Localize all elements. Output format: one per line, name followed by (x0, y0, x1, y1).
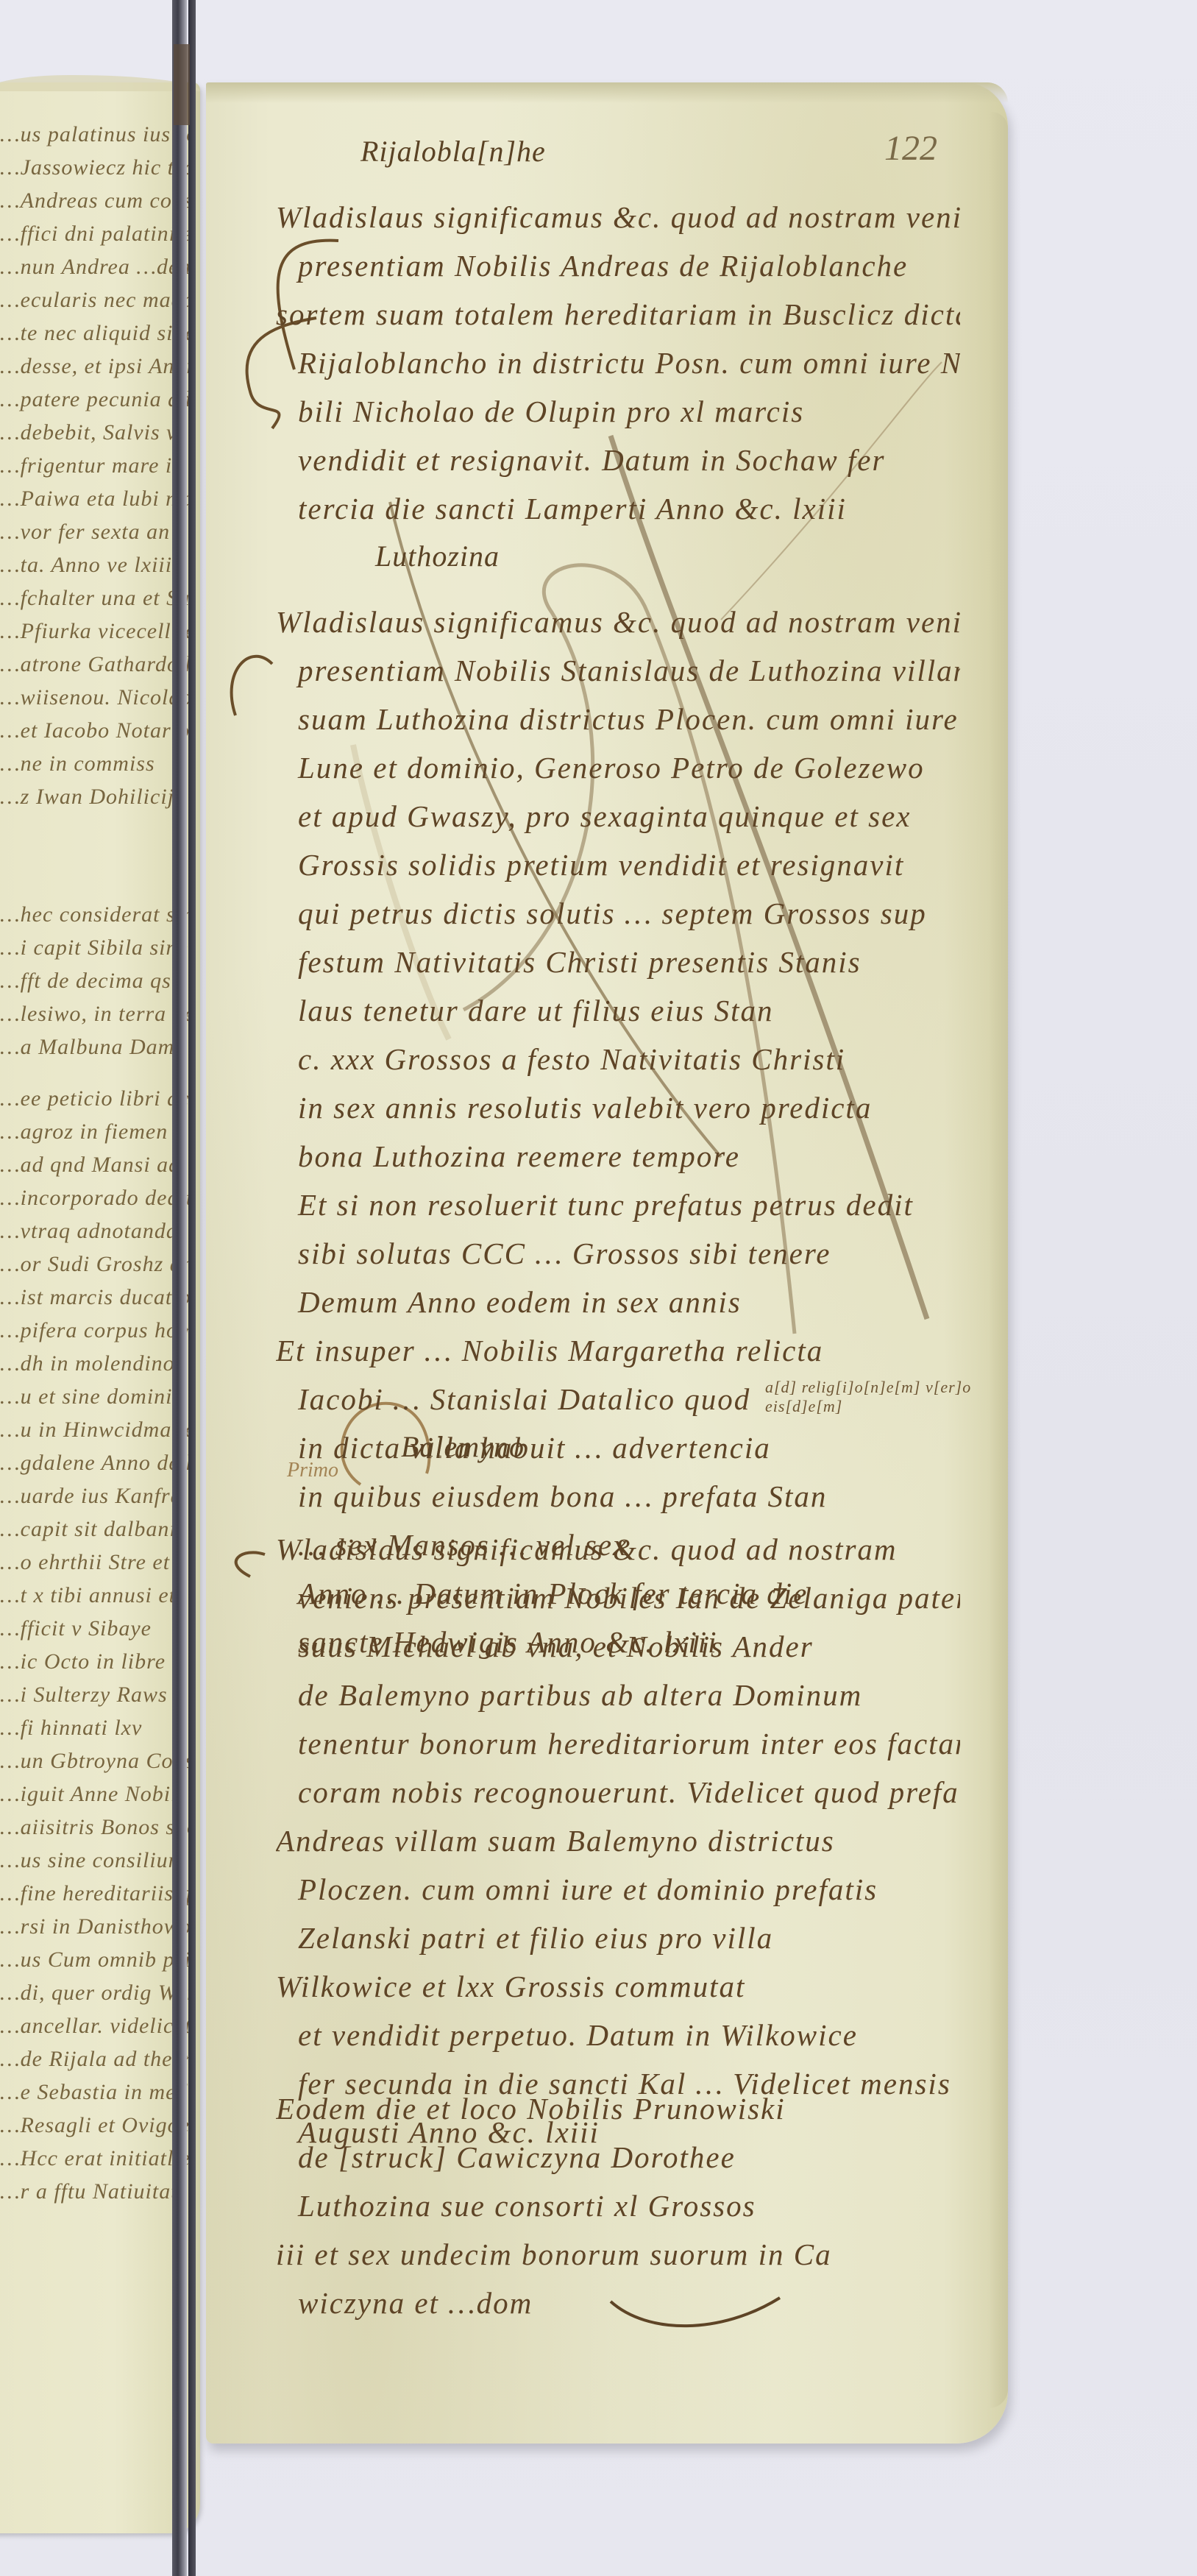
left-line: …ne in commiss (0, 747, 193, 780)
entry-balemyno: Wladislaus significamus &c. quod ad nost… (276, 1525, 960, 2156)
left-line: …z Iwan Dohilicij (0, 780, 193, 832)
left-line: …wiisenou. Nicolao (0, 681, 193, 714)
entry-line: in sex annis resolutis valebit vero pred… (276, 1083, 960, 1132)
entry-line: Et si non resoluerit tunc prefatus petru… (276, 1181, 960, 1229)
left-line: …Hcc erat initiatl ex (0, 2142, 193, 2175)
entry-line: sortem suam totalem hereditariam in Busc… (276, 290, 960, 339)
left-line: …a Malbuna Dam. (0, 1030, 193, 1082)
left-line: …ee peticio libri actor (0, 1082, 193, 1115)
left-line: …Paiwa eta lubi mari (0, 482, 193, 515)
entry-line: iii et sex undecim bonorum suorum in Ca (276, 2230, 960, 2279)
left-line: …un Gbtroyna Consens (0, 1744, 193, 1777)
left-line: …ic Octo in libre (0, 1645, 193, 1678)
left-line: …ancellar. videlicet cum (0, 2009, 193, 2042)
left-line: …atrone Gathardo hi (0, 648, 193, 681)
entry-line: Grossis solidis pretium vendidit et resi… (276, 841, 960, 889)
left-line: …us palatinus ius solum (0, 118, 193, 151)
entry-eodem-die: Eodem die et loco Nobilis Prunowiski de … (276, 2084, 960, 2327)
entry-line: Wilkowice et lxx Grossis commutat (276, 1962, 960, 2011)
entry-luthozina: Wladislaus significamus &c. quod ad nost… (276, 598, 960, 1666)
entry-line: qui petrus dictis solutis … septem Gross… (276, 889, 960, 938)
left-line: …uarde ius Kanfra fer (0, 1479, 193, 1512)
left-line: …u et sine dominis (0, 1380, 193, 1413)
binding-strap (174, 44, 190, 125)
left-line: …de Rijala ad thecrin (0, 2042, 193, 2076)
entry-line: Rijaloblancho in districtu Posn. cum omn… (276, 339, 960, 387)
entry-line: sibi solutas CCC … Grossos sibi tenere (276, 1229, 960, 1278)
left-line: …incorporado dedit (0, 1181, 193, 1214)
entry-rubric-luthozina: Luthozina (375, 539, 500, 573)
entry-line: de [struck] Cawiczyna Dorothee (276, 2133, 960, 2182)
interlinear-note: a[d] relig[i]o[n]e[m] v[er]o eis[d]e[m] (765, 1378, 1008, 1416)
left-page-text-block-top: …us palatinus ius solum …Jassowiecz hic … (0, 118, 193, 2208)
left-line: …Pfiurka vicecellifero (0, 615, 193, 648)
entry-line: Et insuper … Nobilis Margaretha relicta (276, 1326, 960, 1375)
entry-line: festum Nativitatis Christi presentis Sta… (276, 938, 960, 986)
left-line: …vor fer sexta an (0, 515, 193, 548)
entry-line: tercia die sancti Lamperti Anno &c. lxii… (276, 484, 960, 533)
left-line: …ad qnd Mansi ad (0, 1148, 193, 1181)
left-line: …or Sudi Groshz an (0, 1248, 193, 1281)
entry-line: suam Luthozina districtus Plocen. cum om… (276, 695, 960, 743)
entry-line: Demum Anno eodem in sex annis (276, 1278, 960, 1326)
entry-line: bili Nicholao de Olupin pro xl marcis (276, 387, 960, 436)
book-binding (168, 0, 210, 2576)
left-line: …us Cum omnib pris et (0, 1943, 193, 1976)
entry-line: presentiam Nobilis Andreas de Rijaloblan… (276, 241, 960, 290)
left-line: …patere pecunia ad (0, 383, 193, 416)
left-line: …frigentur mare in (0, 449, 193, 482)
entry-line: Wladislaus significamus &c. quod ad nost… (276, 193, 960, 241)
entry-line: bona Luthozina reemere tempore (276, 1132, 960, 1181)
binding-shadow (188, 0, 196, 2576)
entry-line: Wladislaus significamus &c. quod ad nost… (276, 1525, 960, 1574)
left-line: …Jassowiecz hic tradidit (0, 151, 193, 184)
entry-line: et vendidit perpetuo. Datum in Wilkowice (276, 2011, 960, 2059)
left-line: …us sine consilium (0, 1844, 193, 1877)
entry-line: suus Michael ab vna, et Nobilis Ander (276, 1622, 960, 1671)
left-line: …ta. Anno ve lxiii (0, 548, 193, 581)
entry-line: in dicta villa habuit … advertencia (276, 1423, 960, 1472)
left-line: …aiisitris Bonos suo (0, 1811, 193, 1844)
left-line: …u in Hinwcidma fer (0, 1413, 193, 1446)
left-line: …vtraq adnotanda (0, 1214, 193, 1248)
entry-line: wiczyna et …dom (276, 2279, 960, 2327)
left-line: …o ehrthii Stre et (0, 1546, 193, 1579)
entry-line: Ploczen. cum omni iure et dominio prefat… (276, 1865, 960, 1914)
left-line: …hec considerat sincere (0, 898, 193, 931)
left-line: …pifera corpus homo (0, 1314, 193, 1347)
binding-rod (172, 0, 187, 2576)
left-line: …fchalter una et Sucra (0, 581, 193, 615)
left-line: …fi hinnati lxv (0, 1711, 193, 1744)
entry-line: Lune et dominio, Generoso Petro de Golez… (276, 743, 960, 792)
margin-note-primo: Primo (287, 1459, 338, 1482)
entry-line: Luthozina sue consorti xl Grossos (276, 2182, 960, 2230)
entry-line: Eodem die et loco Nobilis Prunowiski (276, 2084, 960, 2133)
left-line: …nun Andrea …denes (0, 250, 193, 283)
left-line: …dh in molendino in (0, 1347, 193, 1380)
left-line: …te nec aliquid sine (0, 316, 193, 350)
left-line: …i Sulterzy Raws (0, 1678, 193, 1711)
folio-number: 122 (884, 128, 937, 169)
left-line: …ecularis nec madan (0, 283, 193, 316)
left-line: …ffici dni palatini esse (0, 217, 193, 250)
left-line: …capit sit dalbani (0, 1512, 193, 1546)
entry-line: laus tenetur dare ut filius eius Stan (276, 986, 960, 1035)
entry-line: tenentur bonorum hereditariorum inter eo… (276, 1719, 960, 1768)
left-line: …r a fftu Natiuitat (0, 2175, 193, 2208)
blank-space (0, 832, 193, 898)
entry-line: in quibus eiusdem bona … prefata Stan (276, 1472, 960, 1521)
entry-line: de Balemyno partibus ab altera Dominum (276, 1671, 960, 1719)
left-line: …rsi in Danisthowo tenu (0, 1910, 193, 1943)
left-line: …e Sebastia in medio (0, 2076, 193, 2109)
left-line: …fft de decima qsit (0, 964, 193, 997)
left-line: …iguit Anne Nobili (0, 1777, 193, 1811)
entry-line: presentiam Nobilis Stanislaus de Luthozi… (276, 646, 960, 695)
entry-line: veniens presentiam Nobiles Ian de Zelani… (276, 1574, 960, 1622)
left-line: …fficit v Sibaye (0, 1612, 193, 1645)
entry-line: c. xxx Grossos a festo Nativitatis Chris… (276, 1035, 960, 1083)
left-line: …desse, et ipsi Andree (0, 350, 193, 383)
left-line: …Andreas cum consens (0, 184, 193, 217)
left-line: …t x tibi annusi et (0, 1579, 193, 1612)
left-line: …agroz in fiemen (0, 1115, 193, 1148)
entry-line: Andreas villam suam Balemyno districtus (276, 1816, 960, 1865)
left-line: …lesiwo, in terra dena (0, 997, 193, 1030)
entry-rubric-rijaloblanche: Rijalobla[n]he (360, 134, 546, 169)
left-line: …ist marcis ducatiby (0, 1281, 193, 1314)
entry-line: et apud Gwaszy, pro sexaginta quinque et… (276, 792, 960, 841)
left-line: …et Iacobo Notario (0, 714, 193, 747)
entry-rubric-balemyno: Balemyno (401, 1429, 525, 1464)
left-line: …debebit, Salvis ve (0, 416, 193, 449)
entry-rijaloblanche: Wladislaus significamus &c. quod ad nost… (276, 193, 960, 533)
left-line: …Resagli et Ovigoetu (0, 2109, 193, 2142)
left-line: …fine hereditariis qui (0, 1877, 193, 1910)
left-line: …i capit Sibila sine (0, 931, 193, 964)
left-line: …di, quer ordig Waria (0, 1976, 193, 2009)
left-line: …gdalene Anno de lxv (0, 1446, 193, 1479)
entry-line: vendidit et resignavit. Datum in Sochaw … (276, 436, 960, 484)
entry-line: Wladislaus significamus &c. quod ad nost… (276, 598, 960, 646)
entry-line: Zelanski patri et filio eius pro villa (276, 1914, 960, 1962)
entry-line: coram nobis recognouerunt. Videlicet quo… (276, 1768, 960, 1816)
right-page: 122 Rijalobla[n]he Wladislaus significam… (206, 82, 1008, 2444)
